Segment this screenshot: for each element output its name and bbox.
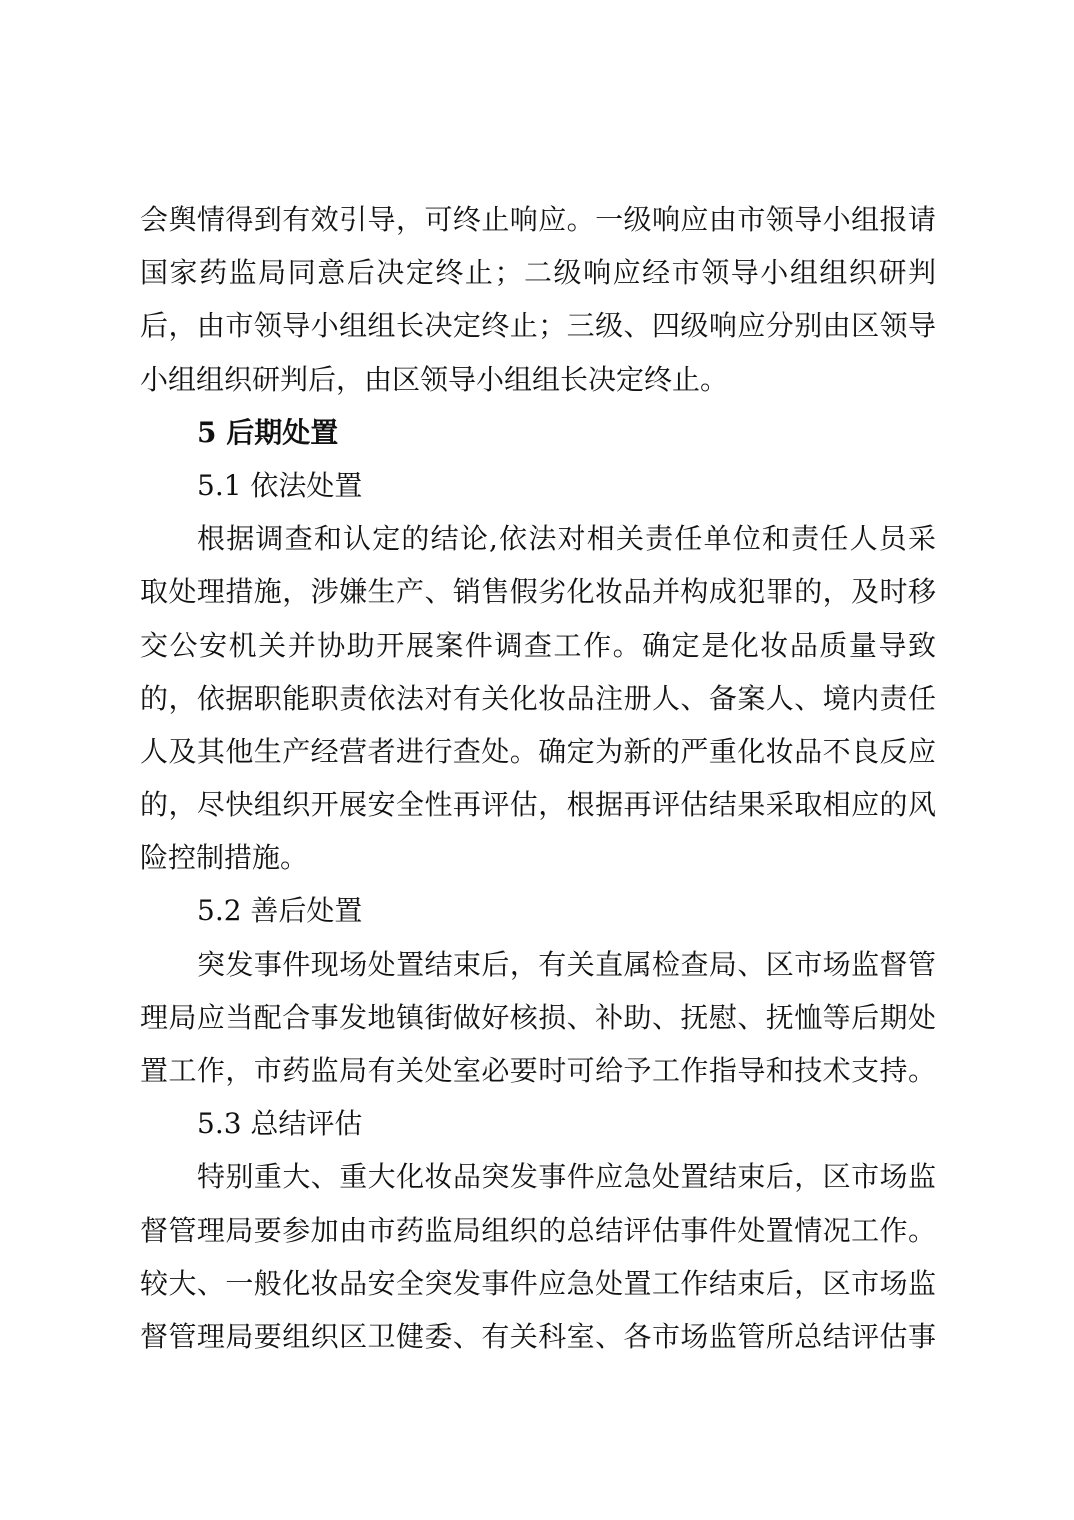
text-line: 督管理局要组织区卫健委、有关科室、各市场监管所总结评估事 bbox=[140, 1310, 936, 1363]
section-heading-5: 5 后期处置 bbox=[140, 406, 936, 459]
text-line: 人及其他生产经营者进行查处。确定为新的严重化妆品不良反应 bbox=[140, 725, 936, 778]
text-line: 特别重大、重大化妆品突发事件应急处置结束后，区市场监 bbox=[140, 1150, 936, 1203]
text-line: 根据调查和认定的结论,依法对相关责任单位和责任人员采 bbox=[140, 512, 936, 565]
text-line: 交公安机关并协助开展案件调查工作。确定是化妆品质量导致 bbox=[140, 619, 936, 672]
text-line: 国家药监局同意后决定终止；二级响应经市领导小组组织研判 bbox=[140, 246, 936, 299]
text-line: 较大、一般化妆品安全突发事件应急处置工作结束后，区市场监 bbox=[140, 1257, 936, 1310]
text-line: 置工作，市药监局有关处室必要时可给予工作指导和技术支持。 bbox=[140, 1044, 936, 1097]
subsection-heading-5-3: 5.3 总结评估 bbox=[140, 1097, 936, 1150]
text-line: 取处理措施，涉嫌生产、销售假劣化妆品并构成犯罪的，及时移 bbox=[140, 565, 936, 618]
text-line: 险控制措施。 bbox=[140, 831, 936, 884]
paragraph-legal-handling: 根据调查和认定的结论,依法对相关责任单位和责任人员采 取处理措施，涉嫌生产、销售… bbox=[140, 512, 936, 884]
text-line: 后，由市领导小组组长决定终止；三级、四级响应分别由区领导 bbox=[140, 299, 936, 352]
paragraph-aftermath-handling: 突发事件现场处置结束后，有关直属检查局、区市场监督管 理局应当配合事发地镇街做好… bbox=[140, 938, 936, 1098]
subsection-heading-5-1: 5.1 依法处置 bbox=[140, 459, 936, 512]
subsection-heading-5-2: 5.2 善后处置 bbox=[140, 884, 936, 937]
text-line: 突发事件现场处置结束后，有关直属检查局、区市场监督管 bbox=[140, 938, 936, 991]
document-page: 会舆情得到有效引导，可终止响应。一级响应由市领导小组报请 国家药监局同意后决定终… bbox=[140, 193, 936, 1363]
text-line: 小组组织研判后，由区领导小组组长决定终止。 bbox=[140, 353, 936, 406]
paragraph-summary-evaluation: 特别重大、重大化妆品突发事件应急处置结束后，区市场监 督管理局要参加由市药监局组… bbox=[140, 1150, 936, 1363]
text-line: 督管理局要参加由市药监局组织的总结评估事件处置情况工作。 bbox=[140, 1204, 936, 1257]
text-line: 的，尽快组织开展安全性再评估，根据再评估结果采取相应的风 bbox=[140, 778, 936, 831]
text-line: 理局应当配合事发地镇街做好核损、补助、抚慰、抚恤等后期处 bbox=[140, 991, 936, 1044]
paragraph-termination-response: 会舆情得到有效引导，可终止响应。一级响应由市领导小组报请 国家药监局同意后决定终… bbox=[140, 193, 936, 406]
text-line: 的，依据职能职责依法对有关化妆品注册人、备案人、境内责任 bbox=[140, 672, 936, 725]
text-line: 会舆情得到有效引导，可终止响应。一级响应由市领导小组报请 bbox=[140, 193, 936, 246]
